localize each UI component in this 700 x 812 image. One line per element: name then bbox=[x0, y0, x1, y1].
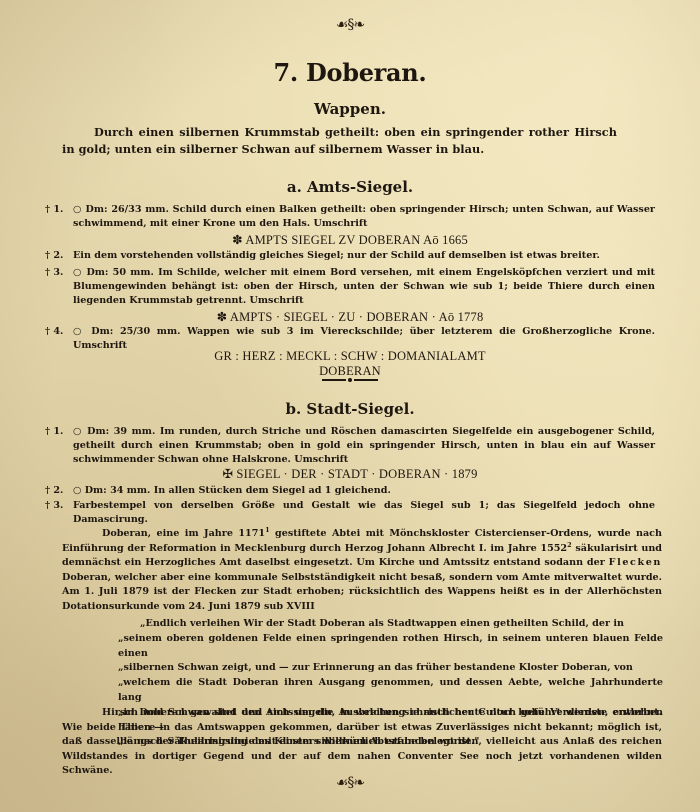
stadt-siegel-entry-1: † 1. ○ Dm: 39 mm. Im runden, durch Stric… bbox=[45, 425, 655, 467]
dagger-marker: † 1. bbox=[45, 425, 73, 439]
page-title: 7. Doberan. bbox=[0, 58, 700, 87]
amts-siegel-entry-1: † 1. ○ Dm: 26/33 mm. Schild durch einen … bbox=[45, 203, 655, 231]
wappen-heading: Wappen. bbox=[0, 100, 700, 118]
amts-siegel-legend-3: ✽ AMPTS · SIEGEL · ZU · DOBERAN · Aō 177… bbox=[0, 309, 700, 325]
stadt-siegel-legend-1: ✠ SIEGEL · DER · STADT · DOBERAN · 1879 bbox=[0, 466, 700, 482]
amts-siegel-entry-3: † 3. ○ Dm: 50 mm. Im Schilde, welcher mi… bbox=[45, 266, 655, 308]
amts-siegel-heading: a. Amts-Siegel. bbox=[0, 178, 700, 196]
section-divider bbox=[322, 378, 378, 381]
entry-text: ○ Dm: 50 mm. Im Schilde, welcher mit ein… bbox=[73, 267, 655, 306]
quote-line: „welchem die Stadt Doberan ihren Ausgang… bbox=[118, 676, 663, 706]
stadt-siegel-heading: b. Stadt-Siegel. bbox=[0, 400, 700, 418]
entry-text: ○ Dm: 34 mm. In allen Stücken dem Siegel… bbox=[73, 485, 391, 496]
history-paragraph-2: Hirsch und Schwan sind den Amtssiegeln, … bbox=[62, 706, 662, 779]
dagger-marker: † 1. bbox=[45, 203, 73, 217]
entry-text: ○ Dm: 39 mm. Im runden, durch Striche un… bbox=[73, 426, 655, 465]
amts-siegel-legend-1: ✽ AMPTS SIEGEL ZV DOBERAN Aō 1665 bbox=[0, 232, 700, 248]
dagger-marker: † 2. bbox=[45, 249, 73, 263]
entry-text: Farbestempel von derselben Größe und Ges… bbox=[73, 500, 655, 525]
stadt-siegel-entry-3: † 3. Farbestempel von derselben Größe un… bbox=[45, 499, 655, 527]
quote-line: „silbernen Schwan zeigt, und — zur Erinn… bbox=[118, 661, 663, 676]
stadt-siegel-entry-2: † 2. ○ Dm: 34 mm. In allen Stücken dem S… bbox=[45, 484, 655, 498]
history-text-spaced: Flecken bbox=[609, 557, 662, 568]
amts-siegel-legend-4-line-2: DOBERAN bbox=[0, 364, 700, 379]
wappen-description: Durch einen silbernen Krummstab getheilt… bbox=[62, 124, 617, 158]
quote-line: „seinem oberen goldenen Felde einen spri… bbox=[118, 632, 663, 662]
amts-siegel-entry-2: † 2. Ein dem vorstehenden vollständig gl… bbox=[45, 249, 655, 263]
amts-siegel-legend-4-line-1: GR : HERZ : MECKL : SCHW : DOMANIALAMT bbox=[0, 349, 700, 364]
top-ornament-icon: ☙§❧ bbox=[0, 18, 700, 32]
entry-text: ○ Dm: 26/33 mm. Schild durch einen Balke… bbox=[73, 204, 655, 229]
bottom-ornament-icon: ☙§❧ bbox=[0, 776, 700, 790]
quote-line: „Endlich verleihen Wir der Stadt Doberan… bbox=[118, 617, 663, 632]
document-page: ☙§❧ 7. Doberan. Wappen. Durch einen silb… bbox=[0, 0, 700, 812]
history-paragraph: Doberan, eine im Jahre 11711 gestiftete … bbox=[62, 527, 662, 614]
history-text: Doberan, welcher aber eine kommunale Sel… bbox=[62, 572, 662, 612]
dagger-marker: † 3. bbox=[45, 266, 73, 280]
dagger-marker: † 2. bbox=[45, 484, 73, 498]
dagger-marker: † 3. bbox=[45, 499, 73, 513]
dagger-marker: † 4. bbox=[45, 325, 73, 339]
entry-text: Ein dem vorstehenden vollständig gleiche… bbox=[73, 250, 600, 261]
history-text: Doberan, eine im Jahre 1171 bbox=[102, 528, 265, 539]
entry-text: ○ Dm: 25/30 mm. Wappen wie sub 3 im Vier… bbox=[73, 326, 655, 351]
